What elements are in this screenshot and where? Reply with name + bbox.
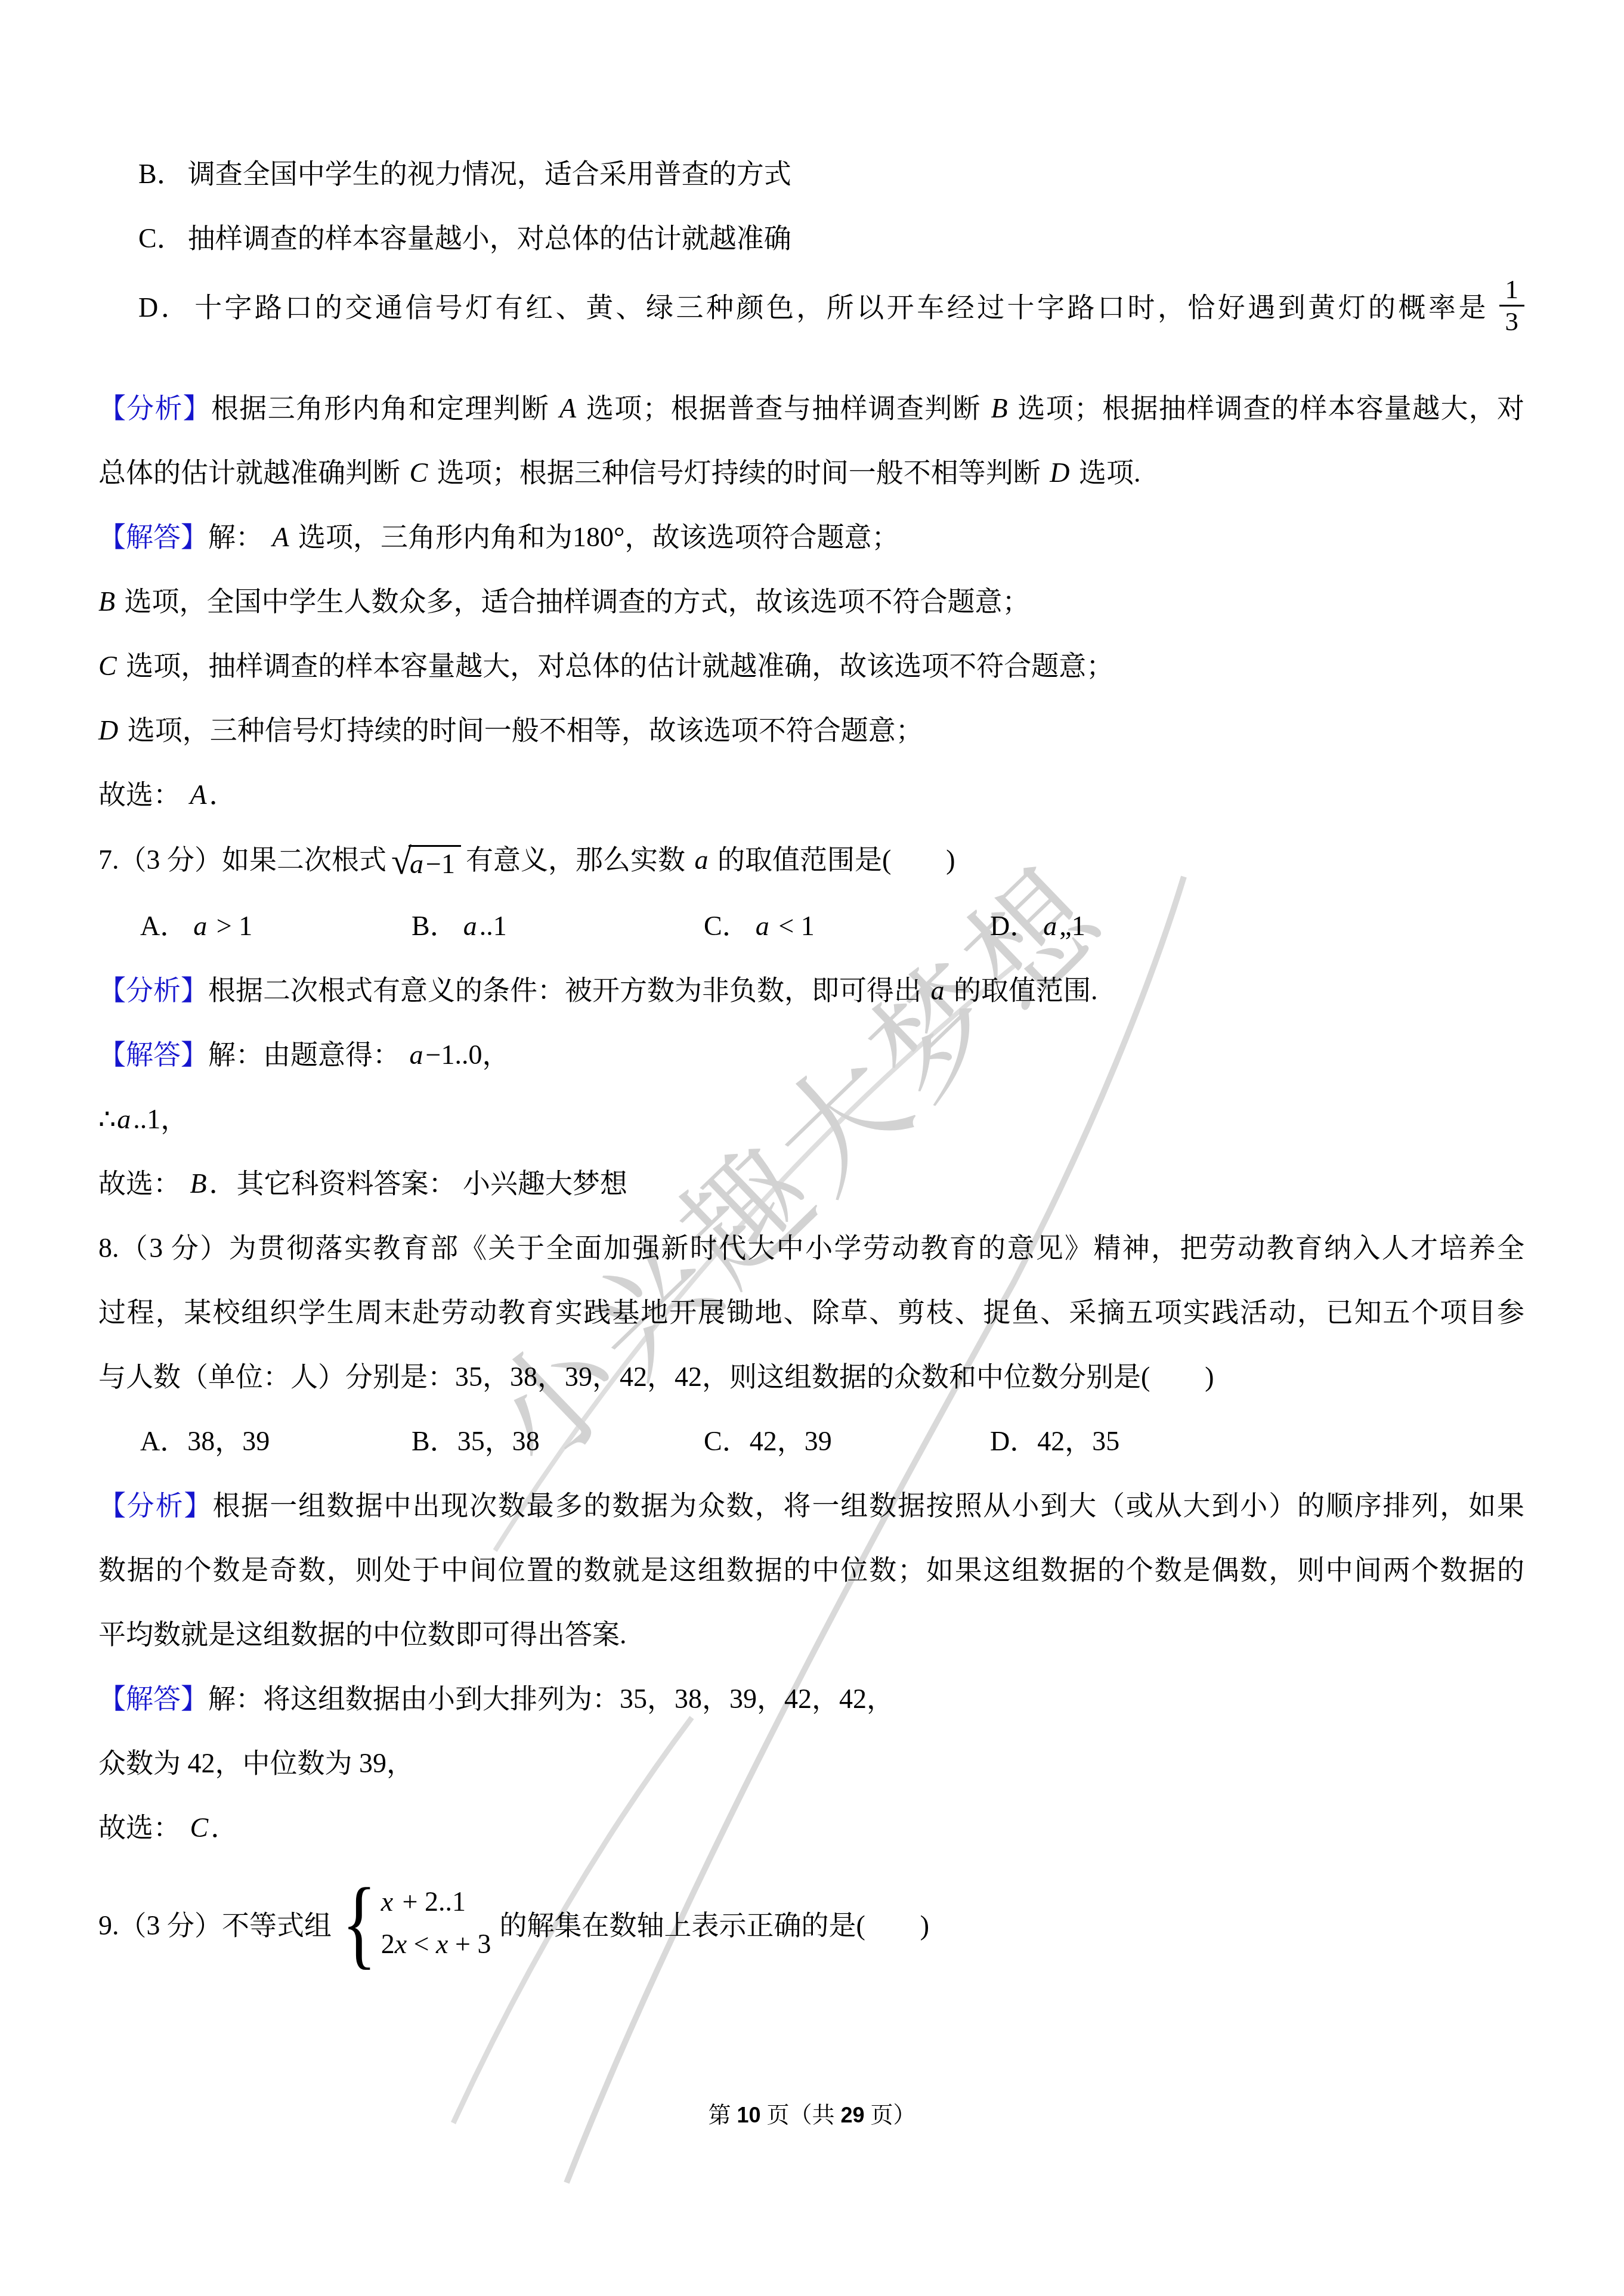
q8-sol3-t1: 故选： [98,1812,188,1843]
q7-option-b-var: a [463,911,477,941]
q7-stem-var: a [694,844,708,875]
q7-option-c-var: a [756,911,769,941]
q7-option-d-letter: D． [990,911,1037,941]
q6-option-c-letter: C． [138,223,184,253]
q7-stem-t2: 有意义，那么实数 [466,844,692,875]
watermark-swoosh-path-1 [567,877,1184,2183]
q7-option-d: D．a„1 [990,908,1085,944]
q6-ans2-v1: B [98,586,115,617]
q6-ans4-v1: D [98,715,118,745]
q6-analysis2-t1: 总体的估计就越准确判断 [98,457,407,488]
q6-answer-line-1: 【解答】解： A 选项，三角形内角和为180°，故该选项符合题意； [98,519,899,555]
inequality-system: x + 2..1 2x < x + 3 [381,1886,491,1960]
footer-middle: 页（共 [766,2103,834,2128]
q7-option-c-letter: C． [704,911,750,941]
q7-option-c: C．a < 1 [704,908,815,944]
footer-prefix: 第 [708,2103,731,2128]
q8-stem-line-1: 8.（3 分）为贯彻落实教育部《关于全面加强新时代大中小学劳动教育的意见》精神，… [98,1230,1524,1266]
sqrt-expression: √a−1 [391,845,461,878]
footer-suffix: 页） [871,2103,916,2128]
footer-total-pages: 29 [841,2103,865,2127]
inequality-top: x + 2..1 [381,1886,491,1918]
q6-analysis-line-1: 【分析】根据三角形内角和定理判断 A 选项；根据普查与抽样调查判断 B 选项；根… [98,391,1524,426]
q7-option-d-rel: „1 [1059,911,1085,941]
q8-analysis-line-1: 【分析】根据一组数据中出现次数最多的数据为众数，将一组数据按照从小到大（或从大到… [98,1488,1524,1524]
q8-answer-line-1: 【解答】解：将这组数据由小到大排列为：35，38，39，42，42， [98,1681,894,1717]
inequality-top-var: x [381,1886,393,1917]
q6-answer-choice: 故选： A． [98,777,237,813]
q6-option-b-text: 调查全国中学生的视力情况，适合采用普查的方式 [188,159,791,189]
q6-answer-line-2: B 选项，全国中学生人数众多，适合抽样调查的方式，故该选项不符合题意； [98,584,1030,620]
q6-option-d-text: 十字路口的交通信号灯有红、黄、绿三种颜色，所以开车经过十字路口时，恰好遇到黄灯的… [194,292,1486,323]
q8-stem-line-2: 过程，某校组织学生周末赴劳动教育实践基地开展锄地、除草、剪枝、捉鱼、采摘五项实践… [98,1295,1524,1330]
q7-stem-t3: 的取值范围是( ) [710,844,955,875]
q8-answer-line-2: 众数为 42，中位数为 39， [98,1746,414,1781]
analysis-label: 【分析】 [98,393,211,423]
q6-analysis2-v1: C [410,457,428,488]
radicand-var: a [410,849,423,879]
inequality-bottom-rel: < [407,1929,436,1959]
q7-ans1-t2: −1..0， [426,1039,510,1070]
q9-post-text: 的解集在数轴上表示正确的是( ) [499,1904,929,1943]
q7-ans2-var: a [117,1104,131,1134]
inequality-bottom-var1: x [395,1929,407,1959]
fraction-one-third: 1 3 [1499,274,1525,336]
q7-ans1-t1: 解：由题意得： [208,1039,407,1070]
q6-ans3-t1: 选项，抽样调查的样本容量越大，对总体的估计就越准确，故该选项不符合题意； [119,651,1114,681]
q8-sol3-t2: ． [211,1812,238,1843]
q6-analysis1-t3: 选项；根据抽样调查的样本容量越大，对 [1010,393,1524,423]
answer-label: 【解答】 [98,522,208,552]
answer-label: 【解答】 [98,1039,208,1070]
q7-stem-t1: 7.（3 分）如果二次根式 [98,844,386,875]
q6-option-d-letter: D． [138,292,191,323]
footer-page-number: 10 [737,2103,760,2127]
q6-option-d-text-wrap: D．十字路口的交通信号灯有红、黄、绿三种颜色，所以开车经过十字路口时，恰好遇到黄… [138,286,1495,325]
q6-analysis1-v2: B [991,393,1008,423]
q8-option-c: C．42，39 [704,1424,832,1459]
analysis-label: 【分析】 [98,1490,212,1521]
q6-option-d: D．十字路口的交通信号灯有红、黄、绿三种颜色，所以开车经过十字路口时，恰好遇到黄… [138,267,1524,344]
inequality-bottom-rest: + 3 [448,1929,491,1959]
q7-option-c-rel: < 1 [772,911,815,941]
q6-ans3-v1: C [98,651,117,681]
q8-option-d: D．42，35 [990,1424,1119,1459]
q6-analysis1-v1: A [559,393,576,423]
q6-analysis1-t2: 选项；根据普查与抽样调查判断 [579,393,988,423]
q7-analysis-var: a [931,975,945,1005]
q7-stem: 7.（3 分）如果二次根式√a−1有意义，那么实数 a 的取值范围是( ) [98,842,955,878]
inequality-bottom-coef: 2 [381,1929,395,1959]
q7-option-a-letter: A． [140,911,187,941]
q7-answer-line-1: 【解答】解：由题意得： a−1..0， [98,1037,509,1073]
q6-option-c-text: 抽样调查的样本容量越小，对总体的估计就越准确 [188,223,791,253]
q6-ans2-t1: 选项，全国中学生人数众多，适合抽样调查的方式，故该选项不符合题意； [117,586,1030,617]
fraction-denominator: 3 [1499,307,1525,336]
q7-ans2-t1: ∴ [98,1104,116,1134]
q8-an1-text: 根据一组数据中出现次数最多的数据为众数，将一组数据按照从小到大（或从大到小）的顺… [212,1490,1524,1521]
q6-ans5-v1: A [190,779,207,810]
q7-analysis-t2: 的取值范围. [947,975,1098,1005]
q7-ans3-var: B [190,1168,207,1199]
q7-option-b-rel: ..1 [480,911,507,941]
q7-ans1-var: a [410,1039,423,1070]
q6-analysis-line-2: 总体的估计就越准确判断 C 选项；根据三种信号灯持续的时间一般不相等判断 D 选… [98,455,1140,491]
watermark-text: 小兴趣大梦想 [422,799,1159,1520]
q8-stem-line-3: 与人数（单位：人）分别是：35，38，39，42，42，则这组数据的众数和中位数… [98,1359,1214,1395]
q6-ans1-t1: 解： [208,522,270,552]
q7-ans3-t1: 故选： [98,1168,188,1199]
q7-option-a-rel: > 1 [209,911,252,941]
q6-analysis1-t1: 根据三角形内角和定理判断 [211,393,557,423]
q7-option-a: A．a > 1 [140,908,252,944]
q9-stem: 9.（3 分）不等式组 { x + 2..1 2x < x + 3 的解集在数轴… [98,1870,929,1977]
inequality-bottom: 2x < x + 3 [381,1929,491,1960]
q6-analysis2-t2: 选项；根据三种信号灯持续的时间一般不相等判断 [430,457,1047,488]
q7-ans3-t2: ．其它科资料答案： 小兴趣大梦想 [209,1168,628,1199]
q7-analysis: 【分析】根据二次根式有意义的条件：被开方数为非负数，即可得出 a 的取值范围. [98,973,1098,1008]
q6-option-c: C．抽样调查的样本容量越小，对总体的估计就越准确 [138,221,791,256]
q6-ans5-t1: 故选： [98,779,188,810]
q8-option-b: B．35，38 [412,1424,540,1459]
q8-analysis-line-3: 平均数就是这组数据的中位数即可得出答案. [98,1617,627,1653]
q8-sol1-text: 解：将这组数据由小到大排列为：35，38，39，42，42， [208,1684,894,1714]
q6-option-b: B．调查全国中学生的视力情况，适合采用普查的方式 [138,156,791,192]
q7-option-d-var: a [1043,911,1057,941]
q7-option-b-letter: B． [412,911,457,941]
q6-ans1-t2: 选项，三角形内角和为180°，故该选项符合题意； [292,522,899,552]
radicand-rest: −1 [426,849,455,879]
q7-answer-choice: 故选： B．其它科资料答案： 小兴趣大梦想 [98,1166,627,1202]
fraction-numerator: 1 [1499,274,1525,306]
q9-pre-text: 9.（3 分）不等式组 [98,1904,332,1943]
document-page: 小兴趣大梦想 B．调查全国中学生的视力情况，适合采用普查的方式 C．抽样调查的样… [0,0,1624,2296]
q7-option-b: B．a..1 [412,908,507,944]
q6-answer-line-3: C 选项，抽样调查的样本容量越大，对总体的估计就越准确，故该选项不符合题意； [98,648,1113,684]
q6-answer-line-4: D 选项，三种信号灯持续的时间一般不相等，故该选项不符合题意； [98,713,923,748]
q6-ans1-v1: A [273,522,289,552]
q6-ans4-t1: 选项，三种信号灯持续的时间一般不相等，故该选项不符合题意； [120,715,923,745]
q7-ans2-t2: ..1， [133,1104,188,1134]
q7-option-a-var: a [193,911,207,941]
q7-answer-line-2: ∴a..1， [98,1101,188,1137]
inequality-bottom-var2: x [436,1929,448,1959]
q8-answer-choice: 故选： C． [98,1810,238,1846]
radicand: a−1 [409,845,461,878]
q6-analysis2-v2: D [1050,457,1069,488]
q6-analysis2-t3: 选项. [1072,457,1140,488]
q8-analysis-line-2: 数据的个数是奇数，则处于中间位置的数就是这组数据的中位数；如果这组数据的个数是偶… [98,1552,1524,1588]
left-brace: { [342,1873,376,1973]
q6-option-b-letter: B． [138,159,184,189]
inequality-top-rest: + 2..1 [395,1886,466,1917]
analysis-label: 【分析】 [98,975,208,1005]
page-footer: 第10页（共29页） [0,2102,1624,2129]
q6-ans5-t2: ． [209,779,237,810]
q7-analysis-t1: 根据二次根式有意义的条件：被开方数为非负数，即可得出 [208,975,929,1005]
answer-label: 【解答】 [98,1684,208,1714]
q8-sol3-var: C [190,1812,209,1843]
q8-option-a: A．38，39 [140,1424,270,1459]
